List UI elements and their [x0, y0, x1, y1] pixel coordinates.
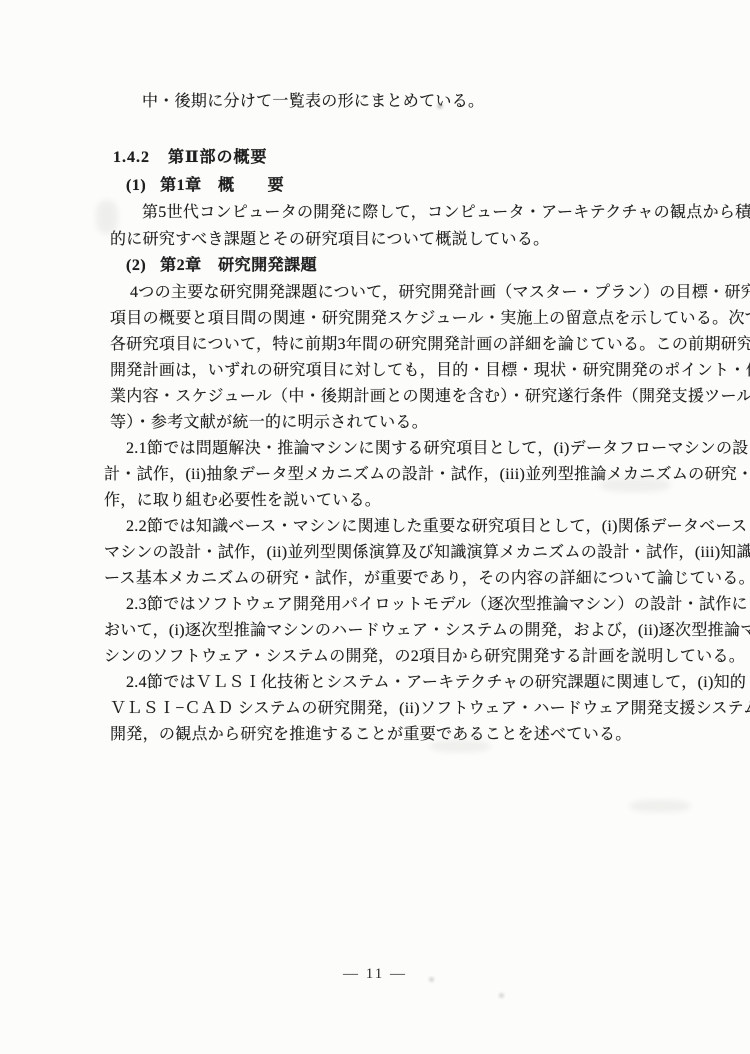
text-line: シンのソフトウェア・システムの開発，の2項目から研究開発する計画を説明している。	[104, 647, 745, 667]
text-line: 開発，の観点から研究を推進することが重要であることを述べている。	[110, 725, 632, 745]
text-line: マシンの設計・試作，(ii)並列型関係演算及び知識演算メカニズムの設計・試作，(…	[104, 543, 750, 563]
item-1-title: 第1章 概 要	[160, 177, 284, 194]
text-line: 作，に取り組む必要性を説いている。	[104, 491, 381, 511]
text-line: 2.1節では問題解決・推論マシンに関する研究項目として，(i)データフローマシン…	[126, 439, 749, 459]
section-title: 第Ⅱ部の概要	[168, 149, 268, 166]
text-line: 業内容・スケジュール（中・後期計画との関連を含む）・研究遂行条件（開発支援ツール	[110, 387, 750, 407]
scan-noise	[630, 800, 690, 812]
item-2-marker: (2)	[126, 257, 146, 274]
item-2-title: 第2章 研究開発課題	[160, 257, 317, 274]
text-line: 計・試作，(ii)抽象データ型メカニズムの設計・試作，(iii)並列型推論メカニ…	[104, 465, 750, 485]
carryover-text: 中・後期に分けて一覧表の形にまとめている。	[142, 92, 484, 112]
text-line: 2.3節ではソフトウェア開発用パイロットモデル（逐次型推論マシン）の設計・試作に	[126, 595, 748, 615]
item-1-marker: (1)	[126, 177, 146, 194]
text-line: 4つの主要な研究開発課題について，研究開発計画（マスター・プラン）の目標・研究	[130, 283, 750, 303]
section-heading: 1.4.2第Ⅱ部の概要	[113, 148, 268, 168]
text-line: 開発計画は，いずれの研究項目に対しても，目的・目標・現状・研究開発のポイント・作	[110, 361, 750, 381]
text-line: ＶＬＳＩ−ＣＡＤ システムの研究開発，(ii)ソフトウェア・ハードウェア開発支援…	[110, 699, 750, 719]
text-line: 等）・参考文献が統一的に明示されている。	[110, 413, 428, 433]
text-line: 項目の概要と項目間の関連・研究開発スケジュール・実施上の留意点を示している。次で…	[110, 309, 750, 329]
item-2-heading: (2)第2章 研究開発課題	[126, 256, 317, 276]
scan-noise	[96, 200, 118, 234]
text-line: 2.4節ではＶＬＳＩ化技術とシステム・アーキテクチャの研究課題に関連して，(i)…	[126, 673, 746, 693]
text-line: おいて，(i)逐次型推論マシンのハードウェア・システムの開発，および，(ii)逐…	[104, 621, 750, 641]
text-line: 的に研究すべき課題とその研究項目について概説している。	[110, 230, 549, 250]
document-page: 中・後期に分けて一覧表の形にまとめている。 1.4.2第Ⅱ部の概要 (1)第1章…	[0, 0, 750, 1054]
text-line: 2.2節では知識ベース・マシンに関連した重要な研究項目として，(i)関係データベ…	[126, 517, 747, 537]
page-number: — 11 —	[0, 966, 750, 983]
text-line: 第5世代コンピュータの開発に際して，コンピュータ・アーキテクチャの観点から積極	[142, 203, 750, 223]
text-line: 各研究項目について，特に前期3年間の研究開発計画の詳細を論じている。この前期研究	[110, 335, 750, 355]
section-number: 1.4.2	[113, 149, 150, 166]
text-line: ース基本メカニズムの研究・試作，が重要であり，その内容の詳細について論じている。	[104, 569, 750, 589]
scan-noise	[500, 994, 503, 997]
item-1-heading: (1)第1章 概 要	[126, 176, 284, 196]
